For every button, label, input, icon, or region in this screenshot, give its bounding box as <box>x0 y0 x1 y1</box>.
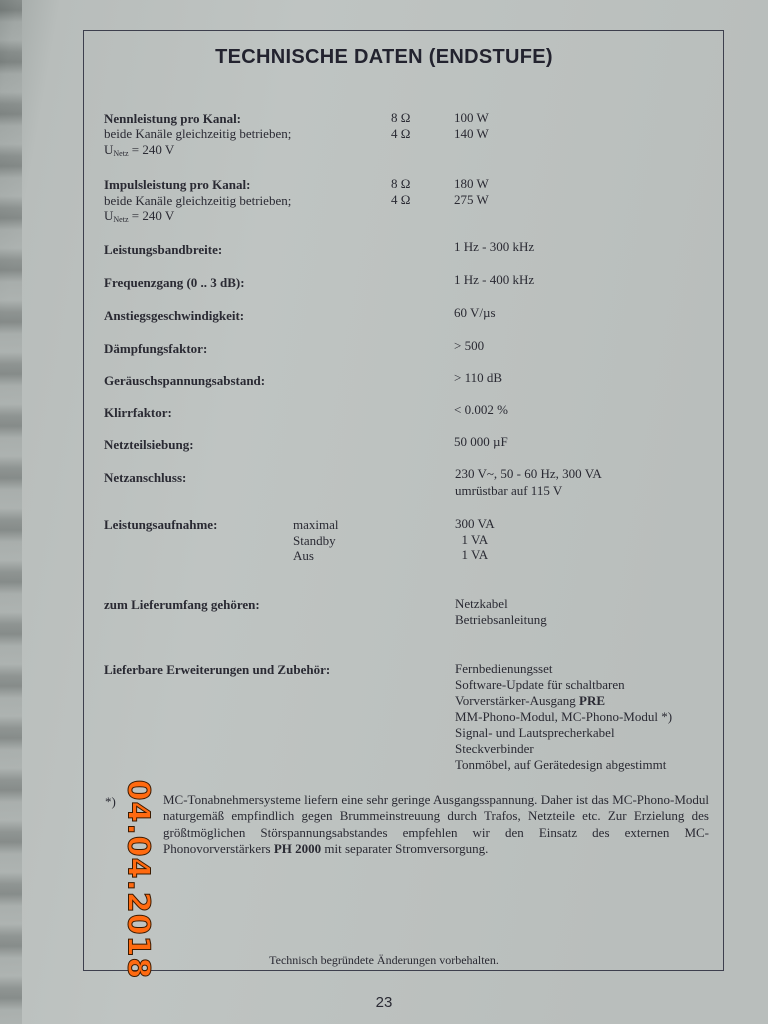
pre-bold: PRE <box>579 693 605 708</box>
list-item: Software-Update für schaltbaren <box>455 677 625 693</box>
page-title: TECHNISCHE DATEN (ENDSTUFE) <box>0 46 768 69</box>
list-item: Signal- und Lautsprecherkabel <box>455 725 615 741</box>
list-item: Netzkabel <box>455 596 508 612</box>
spec-label: Netzteilsiebung: <box>104 437 194 453</box>
footnote-mark: *) <box>105 794 116 810</box>
spec-label: Lieferbare Erweiterungen und Zubehör: <box>104 662 330 678</box>
spec-value: umrüstbar auf 115 V <box>455 483 562 499</box>
date-stamp: 04.04.2018 <box>120 780 155 980</box>
spec-value: 100 W <box>454 110 489 126</box>
spec-value: > 500 <box>454 338 484 354</box>
ring-binding <box>0 0 22 1024</box>
unetz-sub: Netz <box>113 149 128 158</box>
spec-label: Frequenzgang (0 .. 3 dB): <box>104 275 245 291</box>
impedance: 8 Ω <box>391 176 410 192</box>
spec-label: Klirrfaktor: <box>104 405 172 421</box>
spec-value: < 0.002 % <box>454 402 508 418</box>
spec-value: 180 W <box>454 176 489 192</box>
spec-value: > 110 dB <box>454 370 502 386</box>
spec-value: 230 V~, 50 - 60 Hz, 300 VA <box>455 466 602 482</box>
list-item: Betriebsanleitung <box>455 612 547 628</box>
spec-label: Geräuschspannungsabstand: <box>104 373 265 389</box>
list-item: Tonmöbel, auf Gerätedesign abgestimmt <box>455 757 666 773</box>
impedance: 4 Ω <box>391 126 410 142</box>
spec-label: Anstiegsgeschwindigkeit: <box>104 308 244 324</box>
spec-value: 1 VA <box>455 532 488 548</box>
list-item: MM-Phono-Modul, MC-Phono-Modul *) <box>455 709 672 725</box>
spec-label: zum Lieferumfang gehören: <box>104 597 260 613</box>
list-item-text: Vorverstärker-Ausgang <box>455 693 576 708</box>
spec-value: 1 Hz - 400 kHz <box>454 272 534 288</box>
spec-sublabel: beide Kanäle gleichzeitig betrieben; <box>104 126 291 142</box>
disclaimer-note: Technisch begründete Änderungen vorbehal… <box>0 953 768 968</box>
unetz-sub: Netz <box>113 215 128 224</box>
spec-value: 300 VA <box>455 516 495 532</box>
spec-unetz: UNetz = 240 V <box>104 208 174 228</box>
footnote-text: MC-Tonabnehmersysteme liefern eine sehr … <box>163 792 709 857</box>
footnote-bold: PH 2000 <box>274 841 321 856</box>
spec-value: 1 VA <box>455 547 488 563</box>
page-number: 23 <box>0 994 768 1011</box>
spec-label: Dämpfungsfaktor: <box>104 341 207 357</box>
spec-value: 275 W <box>454 192 489 208</box>
mode-label: Standby <box>293 533 336 549</box>
spec-value: 1 Hz - 300 kHz <box>454 239 534 255</box>
spec-value: 140 W <box>454 126 489 142</box>
list-item: Fernbedienungsset <box>455 661 552 677</box>
spec-sublabel: beide Kanäle gleichzeitig betrieben; <box>104 193 291 209</box>
spec-unetz: UNetz = 240 V <box>104 142 174 162</box>
mode-label: Aus <box>293 548 314 564</box>
unetz-u: U <box>104 208 113 223</box>
spec-label: Leistungsbandbreite: <box>104 242 222 258</box>
spec-label: Nennleistung pro Kanal: <box>104 111 241 127</box>
spec-value: 60 V/µs <box>454 305 496 321</box>
list-item: Vorverstärker-Ausgang PRE <box>455 693 605 709</box>
spec-label: Leistungsaufnahme: <box>104 517 217 533</box>
unetz-value: = 240 V <box>129 208 175 223</box>
footnote-end: mit separater Stromversorgung. <box>321 841 488 856</box>
unetz-u: U <box>104 142 113 157</box>
list-item: Steckverbinder <box>455 741 534 757</box>
spec-value: 50 000 µF <box>454 434 508 450</box>
spec-label: Impulsleistung pro Kanal: <box>104 177 250 193</box>
spec-label: Netzanschluss: <box>104 470 186 486</box>
mode-label: maximal <box>293 517 339 533</box>
unetz-value: = 240 V <box>129 142 175 157</box>
impedance: 8 Ω <box>391 110 410 126</box>
impedance: 4 Ω <box>391 192 410 208</box>
